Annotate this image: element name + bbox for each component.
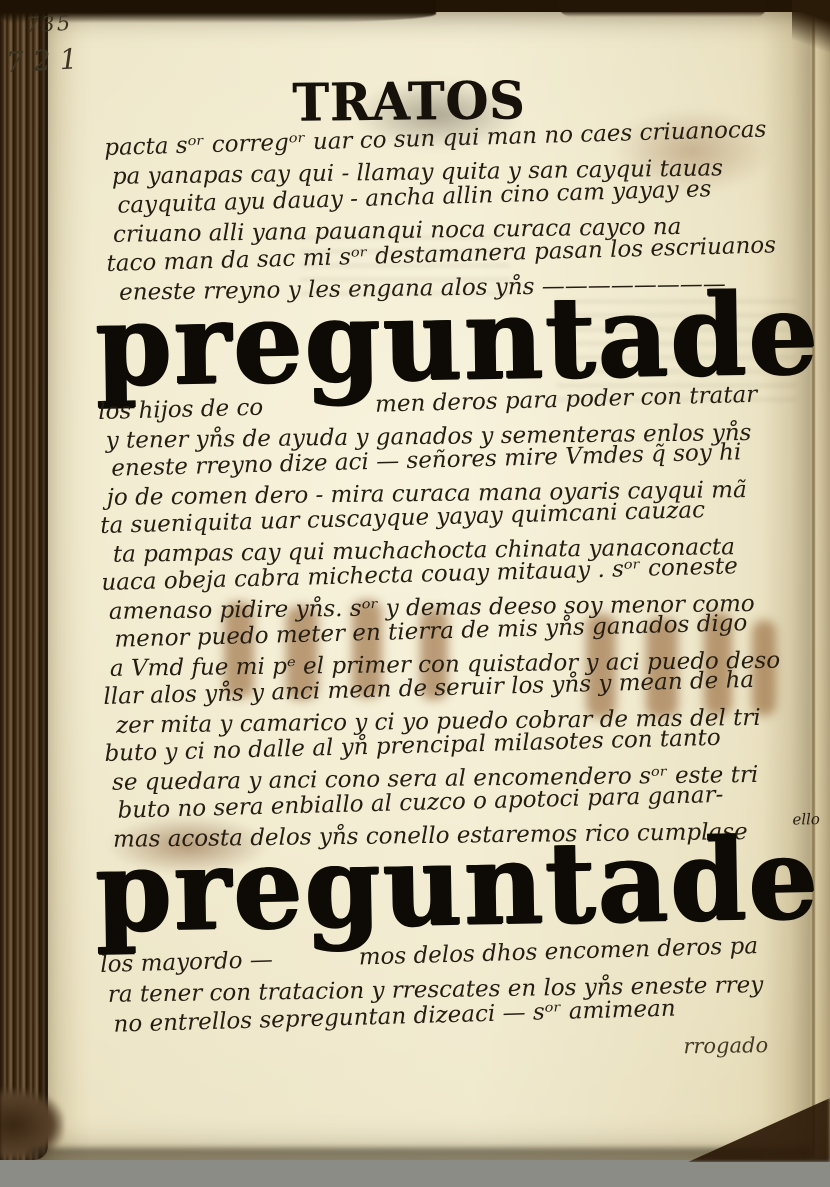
heading-descender-gap xyxy=(263,412,375,415)
handwritten-paragraph-2: los hijos de comen deros para poder con … xyxy=(98,385,816,854)
dark-corner-top-right xyxy=(792,0,830,58)
heading-descender-gap xyxy=(273,965,359,967)
page-fold-crease xyxy=(812,10,815,1156)
handwritten-paragraph-3: los mayordo —mos delos dhos encomen dero… xyxy=(100,935,802,1070)
line-fragment: los mayordo — xyxy=(100,947,273,978)
manuscript-scan: 735 721 TRATOS pacta sᵒʳ corregᵒʳ uar co… xyxy=(0,0,830,1187)
folio-number-735: 735 xyxy=(25,11,72,37)
folio-number-721: 721 xyxy=(5,42,87,79)
book-top-edge-bump xyxy=(556,0,766,17)
table-surface xyxy=(0,1160,830,1187)
book-binding-edge xyxy=(0,0,48,1160)
line-fragment: los hijos de co xyxy=(98,395,264,425)
